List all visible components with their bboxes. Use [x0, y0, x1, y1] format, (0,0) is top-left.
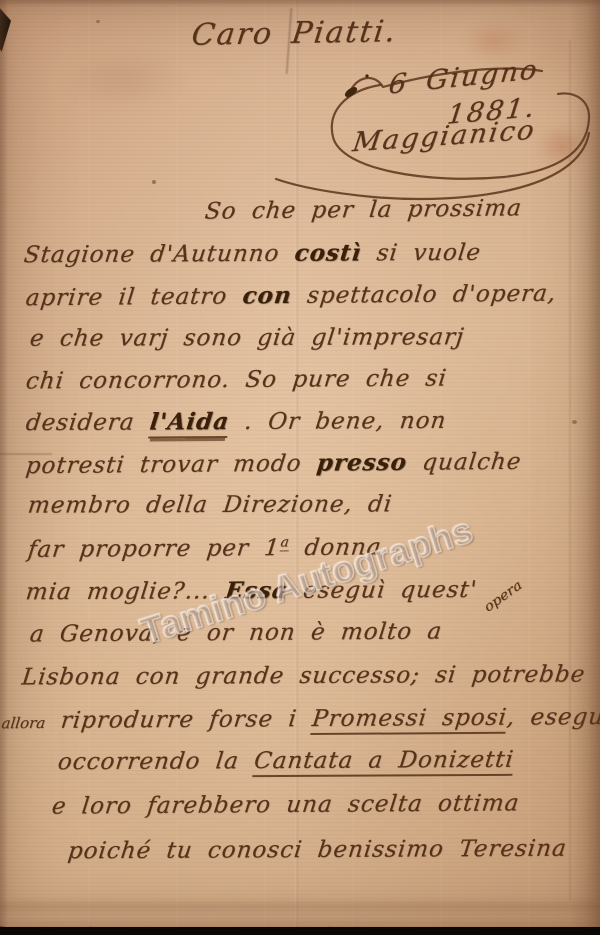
- inked-word: presso: [315, 449, 408, 477]
- letter-line-12: allora riprodurre forse i Promessi sposi…: [0, 704, 600, 736]
- line-text: , eseguire: [505, 704, 600, 731]
- letter-line-1: Stagione d'Autunno costì si vuole: [22, 239, 482, 270]
- corner-mark: [0, 6, 11, 52]
- line-text: qualche: [406, 449, 523, 476]
- inked-word: costì: [293, 239, 363, 266]
- letter-line-14: e loro farebbero una scelta ottima: [50, 790, 521, 821]
- paper-edge-shadow-left: [0, 0, 8, 927]
- line-text: desidera: [24, 409, 151, 436]
- paper-stain: [462, 20, 526, 62]
- line-text: a Genova, e or non è molto a: [28, 619, 443, 648]
- line-text: si vuole: [360, 240, 483, 267]
- line-text: e che varj sono già gl'impresarj: [28, 324, 465, 352]
- letter-line-13: occorrendo la Cantata a Donizetti: [56, 747, 515, 777]
- line-text: chi concorrono. So pure che si: [24, 366, 448, 395]
- line-text: e loro farebbero una scelta ottima: [50, 790, 521, 819]
- line-text: far proporre per 1: [26, 535, 281, 563]
- paper-edge-shadow-right: [570, 0, 600, 927]
- line-text: aprire il teatro: [24, 283, 244, 311]
- paper-stain: [58, 52, 188, 108]
- letter-line-11: Lisbona con grande successo; si potrebbe: [20, 662, 587, 693]
- letter-line-5: desidera l'Aida . Or bene, non: [24, 407, 448, 438]
- letter-line-15: poiché tu conosci benissimo Teresina: [66, 836, 568, 866]
- letter-line-9: mia moglie?... Essa eseguì quest'opera: [24, 576, 519, 607]
- line-text: riprodurre forse i: [44, 706, 314, 734]
- line-text: eseguì quest': [286, 577, 478, 604]
- paper-stain: [536, 124, 590, 168]
- letter-line-8: far proporre per 1a donna: [26, 534, 383, 565]
- line-text: occorrendo la: [56, 748, 255, 775]
- line-text: mia moglie?...: [24, 578, 227, 605]
- letter-line-6: potresti trovar modo presso qualche: [24, 448, 523, 481]
- underlined-title-promessi-sposi: Promessi sposi: [310, 705, 508, 735]
- underlined-title-cantata-donizetti: Cantata a Donizetti: [252, 747, 515, 777]
- letter-line-4: chi concorrono. So pure che si: [24, 366, 448, 397]
- salutation: Caro Piatti.: [190, 14, 399, 53]
- line-text: Lisbona con grande successo; si potrebbe: [20, 662, 586, 691]
- letter-line-0: So che per la prossima: [203, 195, 523, 226]
- scanned-letter-photo: Caro Piatti. 6 Giugno 1881. Maggianico S…: [0, 0, 600, 935]
- interlinear-note-opera: opera: [481, 578, 525, 616]
- letter-paper: Caro Piatti. 6 Giugno 1881. Maggianico S…: [0, 0, 600, 927]
- line-text: poiché tu conosci benissimo Teresina: [66, 836, 568, 865]
- line-text: donna: [288, 534, 383, 561]
- paper-edge-shadow-top: [0, 0, 600, 7]
- date-place: Maggianico: [351, 115, 538, 159]
- foxing-speck: [572, 420, 577, 424]
- foxing-speck: [152, 180, 156, 184]
- letter-line-7: membro della Direzione, di: [26, 491, 393, 520]
- line-text: potresti trovar modo: [24, 451, 318, 480]
- margin-note-allora: allora: [1, 714, 47, 732]
- letter-line-2: aprire il teatro con spettacolo d'opera,: [24, 280, 558, 313]
- line-text: Stagione d'Autunno: [22, 241, 296, 268]
- letter-line-10: a Genova, e or non è molto a: [28, 619, 443, 649]
- paper-stain: [492, 0, 600, 110]
- letter-line-3: e che varj sono già gl'impresarj: [28, 324, 465, 353]
- bottom-wrinkle: [0, 898, 600, 914]
- inked-word: Essa: [224, 577, 290, 604]
- underlined-title-aida: l'Aida: [148, 408, 231, 438]
- line-text: membro della Direzione, di: [26, 491, 393, 518]
- date-place-text: Maggianico: [351, 115, 538, 159]
- salutation-text: Caro Piatti.: [190, 14, 399, 53]
- line-text: spettacolo d'opera,: [290, 281, 557, 309]
- foxing-speck: [96, 20, 100, 23]
- right-fold-crease: [569, 40, 571, 900]
- line-text: So che per la prossima: [203, 195, 523, 224]
- inked-word: con: [241, 282, 293, 309]
- line-text: . Or bene, non: [228, 408, 448, 435]
